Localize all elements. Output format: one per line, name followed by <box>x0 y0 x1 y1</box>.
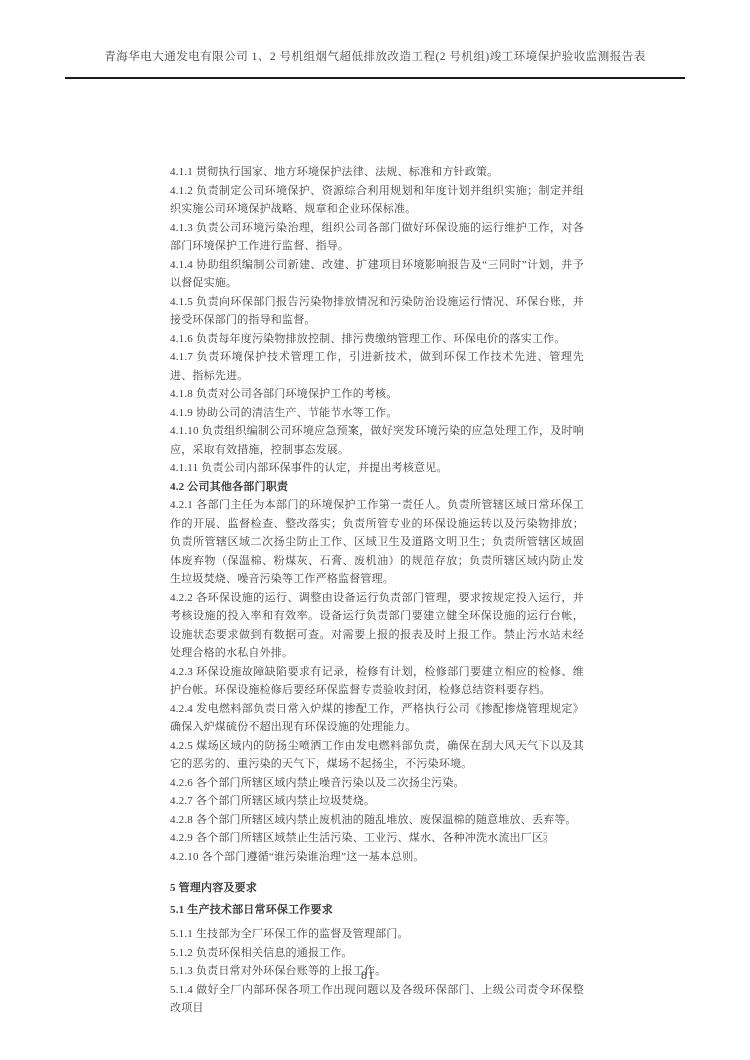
header-rule <box>65 77 685 79</box>
paragraph: 5.1 生产技术部日常环保工作要求 <box>170 901 584 920</box>
paragraph: 5.1.1 生技部为全厂环保工作的监督及管理部门。 <box>170 925 584 944</box>
footer-page-number: 81 <box>0 968 736 983</box>
paragraph: 4.2.8 各个部门所辖区域内禁止废机油的随乱堆放、废保温棉的随意堆放、丢弃等。 <box>170 811 584 830</box>
inner-page-number: 5 <box>543 831 548 841</box>
paragraph: 4.2.3 环保设施故障缺陷要求有记录，检修有计划，检修部门要建立相应的检修、维… <box>170 663 584 700</box>
paragraph: 4.2.2 各环保设施的运行、调整由设备运行负责部门管理，要求按规定投入运行，并… <box>170 589 584 663</box>
paragraph: 4.2 公司其他各部门职责 <box>170 478 584 497</box>
paragraph: 4.2.5 煤场区域内的防扬尘喷洒工作由发电燃料部负责，确保在刮大风天气下以及其… <box>170 737 584 774</box>
paragraph: 4.1.3 负责公司环境污染治理，组织公司各部门做好环保设施的运行维护工作，对各… <box>170 219 584 256</box>
paragraph: 4.2.4 发电燃料部负责日常入炉煤的掺配工作，严格执行公司《掺配掺烧管理规定》… <box>170 700 584 737</box>
paragraph: 4.1.9 协助公司的清洁生产、节能节水等工作。 <box>170 404 584 423</box>
paragraph: 4.1.5 负责向环保部门报告污染物排放情况和污染防治设施运行情况、环保台账，并… <box>170 293 584 330</box>
document-header-title: 青海华电大通发电有限公司 1、2 号机组烟气超低排放改造工程(2 号机组)竣工环… <box>0 48 750 64</box>
paragraph: 4.1.8 负责对公司各部门环境保护工作的考核。 <box>170 385 584 404</box>
paragraph: 4.2.9 各个部门所辖区域禁止生活污染、工业污、煤水、各种冲洗水流出厂区。 <box>170 829 584 848</box>
paragraph: 4.1.10 负责组织编制公司环境应急预案，做好突发环境污染的应急处理工作，及时… <box>170 422 584 459</box>
paragraph: 5.1.2 负责环保相关信息的通报工作。 <box>170 944 584 963</box>
paragraph: 4.2.1 各部门主任为本部门的环境保护工作第一责任人。负责所管辖区域日常环保工… <box>170 496 584 589</box>
paragraph: 5.1.4 做好全厂内部环保各项工作出现问题以及各级环保部门、上级公司责令环保整… <box>170 981 584 1018</box>
paragraph: 4.1.1 贯彻执行国家、地方环境保护法律、法规、标准和方针政策。 <box>170 163 584 182</box>
paragraph: 4.1.2 负责制定公司环境保护、资源综合利用规划和年度计划并组织实施；制定并组… <box>170 182 584 219</box>
paragraph: 5 管理内容及要求 <box>170 879 584 898</box>
paragraph: 4.1.6 负责每年度污染物排放控制、排污费缴纳管理工作、环保电价的落实工作。 <box>170 330 584 349</box>
paragraph: 4.1.4 协助组织编制公司新建、改建、扩建项目环境影响报告及“三同时”计划，并… <box>170 256 584 293</box>
paragraph: 4.1.11 负责公司内部环保事件的认定，并提出考核意见。 <box>170 459 584 478</box>
document-page: 青海华电大通发电有限公司 1、2 号机组烟气超低排放改造工程(2 号机组)竣工环… <box>0 0 750 1060</box>
document-body: 4.1.1 贯彻执行国家、地方环境保护法律、法规、标准和方针政策。4.1.2 负… <box>170 163 584 1018</box>
paragraph: 4.2.6 各个部门所辖区域内禁止噪音污染以及二次扬尘污染。 <box>170 774 584 793</box>
paragraph: 4.1.7 负责环境保护技术管理工作，引进新技术，做到环保工作技术先进、管理先进… <box>170 348 584 385</box>
paragraph: 4.2.10 各个部门遵循“谁污染谁治理”这一基本总则。 <box>170 848 584 867</box>
paragraph: 4.2.7 各个部门所辖区域内禁止垃圾焚烧。 <box>170 792 584 811</box>
